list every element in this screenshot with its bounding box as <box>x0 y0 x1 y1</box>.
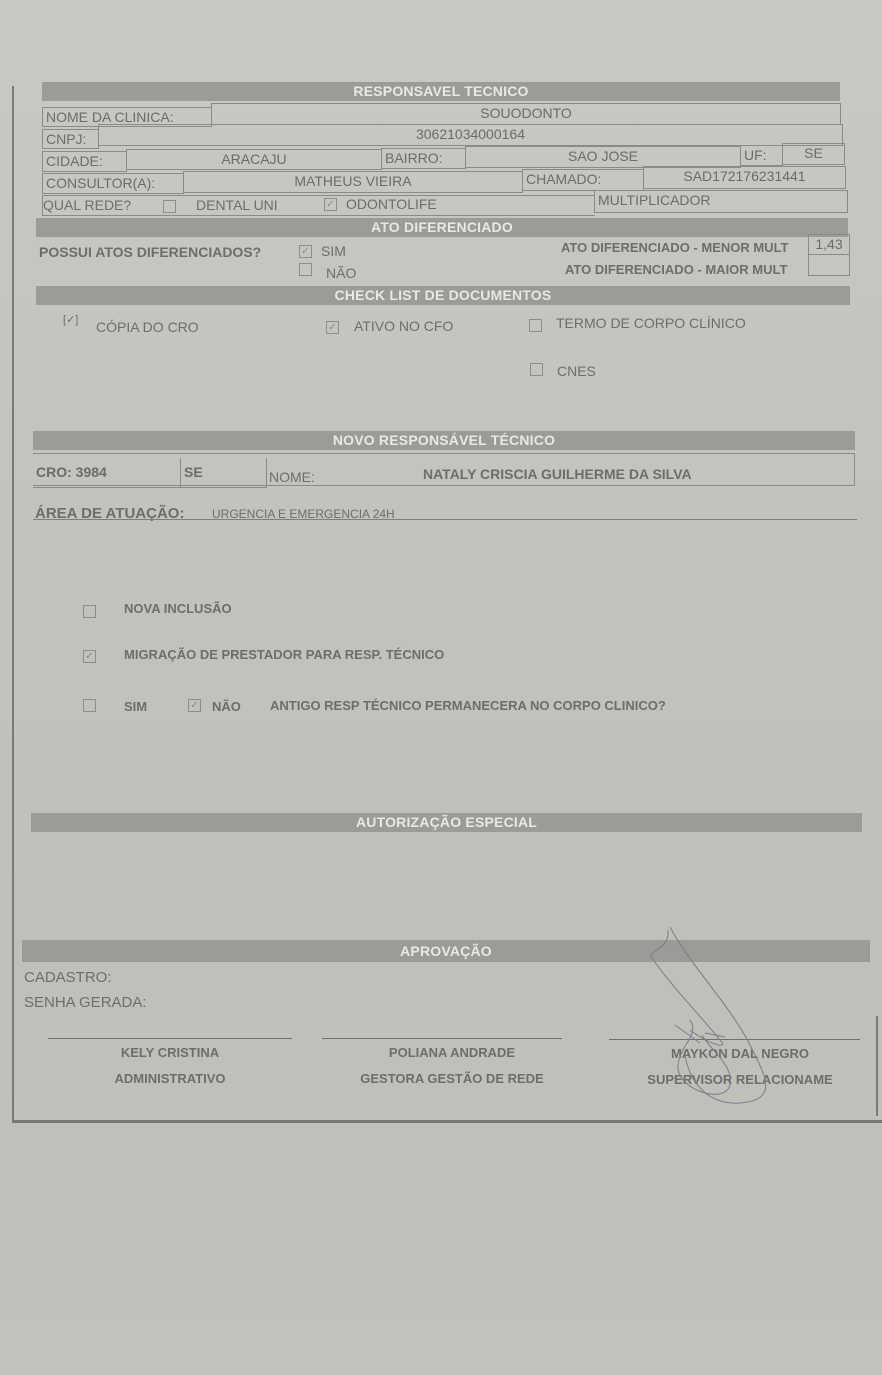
cnes-checkbox[interactable] <box>530 363 543 376</box>
uf-value: SE <box>782 143 845 165</box>
check-icon: ✓ <box>66 314 75 326</box>
nome-value: NATALY CRISCIA GUILHERME DA SILVA <box>423 466 692 482</box>
nome-label: NOME: <box>269 469 315 485</box>
right-border-fragment <box>876 1016 878 1116</box>
rede-odontolife-checkbox[interactable]: ✓ <box>324 198 337 211</box>
ativo-cfo-label: ATIVO NO CFO <box>354 318 453 334</box>
termo-corpo-clinico-checkbox[interactable] <box>529 319 542 332</box>
atos-sim-label: SIM <box>321 243 346 259</box>
migracao-label: MIGRAÇÃO DE PRESTADOR PARA RESP. TÉCNICO <box>124 647 444 662</box>
maior-mult-label: ATO DIFERENCIADO - MAIOR MULT <box>565 262 787 277</box>
bairro-label: BAIRRO: <box>381 148 466 169</box>
nome-clinica-value: SOUODONTO <box>211 103 841 125</box>
check-icon: ✓ <box>326 199 334 210</box>
signature-line-2 <box>322 1038 562 1039</box>
chamado-value: SAD172176231441 <box>643 166 846 189</box>
atos-sim-checkbox[interactable]: ✓ <box>299 245 312 258</box>
permanece-nao-label: NÃO <box>212 699 241 714</box>
section-header-ato-diferenciado: ATO DIFERENCIADO <box>36 218 848 237</box>
copia-cro-checkbox[interactable]: [✓] <box>63 313 78 326</box>
signatory-2-role: GESTORA GESTÃO DE REDE <box>322 1071 582 1086</box>
section-header-responsavel-tecnico: RESPONSAVEL TECNICO <box>42 82 840 101</box>
uf-label: UF: <box>740 145 783 166</box>
maior-mult-value <box>808 254 850 276</box>
section-header-autorizacao-especial: AUTORIZAÇÃO ESPECIAL <box>31 813 862 832</box>
termo-corpo-clinico-label: TERMO DE CORPO CLÍNICO <box>556 315 746 331</box>
check-icon: ✓ <box>328 322 336 333</box>
check-icon: ✓ <box>190 700 198 711</box>
consultor-label: CONSULTOR(A): <box>42 173 184 194</box>
cidade-label: CIDADE: <box>42 151 127 172</box>
permanece-sim-label: SIM <box>124 699 147 714</box>
ativo-cfo-checkbox[interactable]: ✓ <box>326 321 339 334</box>
rede-odontolife-label: ODONTOLIFE <box>346 196 437 212</box>
menor-mult-value: 1,43 <box>808 234 850 255</box>
cidade-value: ARACAJU <box>126 149 382 170</box>
signatory-1-name: KELY CRISTINA <box>48 1045 292 1060</box>
bairro-value: SAO JOSE <box>465 146 741 168</box>
permanece-question: ANTIGO RESP TÉCNICO PERMANECERA NO CORPO… <box>270 698 666 713</box>
handwritten-signature-icon <box>630 925 800 1115</box>
atos-nao-checkbox[interactable] <box>299 263 312 276</box>
nova-inclusao-checkbox[interactable] <box>83 605 96 618</box>
permanece-nao-checkbox[interactable]: ✓ <box>188 699 201 712</box>
section-header-novo-responsavel: NOVO RESPONSÁVEL TÉCNICO <box>33 431 855 450</box>
cro-value: CRO: 3984 <box>33 458 181 488</box>
chamado-label: CHAMADO: <box>522 169 644 191</box>
multiplicador-label: MULTIPLICADOR <box>594 190 848 213</box>
signatory-2-name: POLIANA ANDRADE <box>322 1045 582 1060</box>
nova-inclusao-label: NOVA INCLUSÃO <box>124 601 232 616</box>
menor-mult-label: ATO DIFERENCIADO - MENOR MULT <box>561 240 789 255</box>
possui-atos-question: POSSUI ATOS DIFERENCIADOS? <box>39 244 261 260</box>
scanned-form-page: RESPONSAVEL TECNICO NOME DA CLINICA: SOU… <box>0 0 882 1375</box>
consultor-value: MATHEUS VIEIRA <box>183 171 523 193</box>
area-divider <box>33 519 857 520</box>
senha-gerada-label: SENHA GERADA: <box>24 994 147 1011</box>
check-icon: ✓ <box>85 651 93 662</box>
cnpj-value: 30621034000164 <box>98 124 843 146</box>
cnpj-label: CNPJ: <box>42 129 99 149</box>
section-header-check-list: CHECK LIST DE DOCUMENTOS <box>36 286 850 305</box>
qual-rede-label: QUAL REDE? <box>43 197 131 213</box>
rede-dental-uni-label: DENTAL UNI <box>196 197 278 213</box>
cro-uf-value: SE <box>180 458 267 488</box>
permanece-sim-checkbox[interactable] <box>83 699 96 712</box>
signatory-1-role: ADMINISTRATIVO <box>48 1071 292 1086</box>
rede-dental-uni-checkbox[interactable] <box>163 200 176 213</box>
cadastro-label: CADASTRO: <box>24 969 112 986</box>
signature-line-1 <box>48 1038 292 1039</box>
atos-nao-label: NÃO <box>326 265 356 281</box>
migracao-checkbox[interactable]: ✓ <box>83 650 96 663</box>
copia-cro-label: CÓPIA DO CRO <box>96 319 199 335</box>
check-icon: ✓ <box>301 246 309 257</box>
cnes-label: CNES <box>557 363 596 379</box>
